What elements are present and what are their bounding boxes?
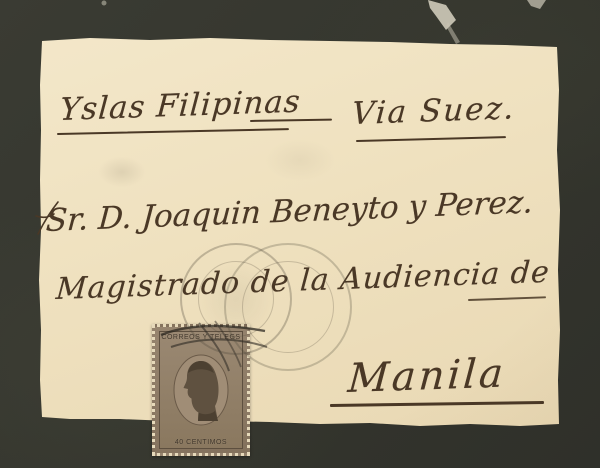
king-profile-portrait xyxy=(170,343,232,437)
route-text-via-suez: Via Suez. xyxy=(351,90,517,132)
tear-speck xyxy=(102,1,107,6)
photo-of-envelope: Yslas Filipinas Via Suez. Sr. D. Joaquin… xyxy=(0,0,600,468)
tear-scratch xyxy=(446,22,460,44)
stamp-denomination: 40 CENTIMOS xyxy=(175,437,227,448)
stamp-frame: CORREOS Y TELEGS 40 CENTIMOS xyxy=(159,331,243,449)
stamp-top-inscription: CORREOS Y TELEGS xyxy=(161,332,240,343)
tear-mark-small xyxy=(527,0,546,9)
tear-mark-large xyxy=(428,0,456,30)
destination-city: Manila xyxy=(346,350,507,402)
postage-stamp: CORREOS Y TELEGS 40 CENTIMOS xyxy=(152,324,250,456)
